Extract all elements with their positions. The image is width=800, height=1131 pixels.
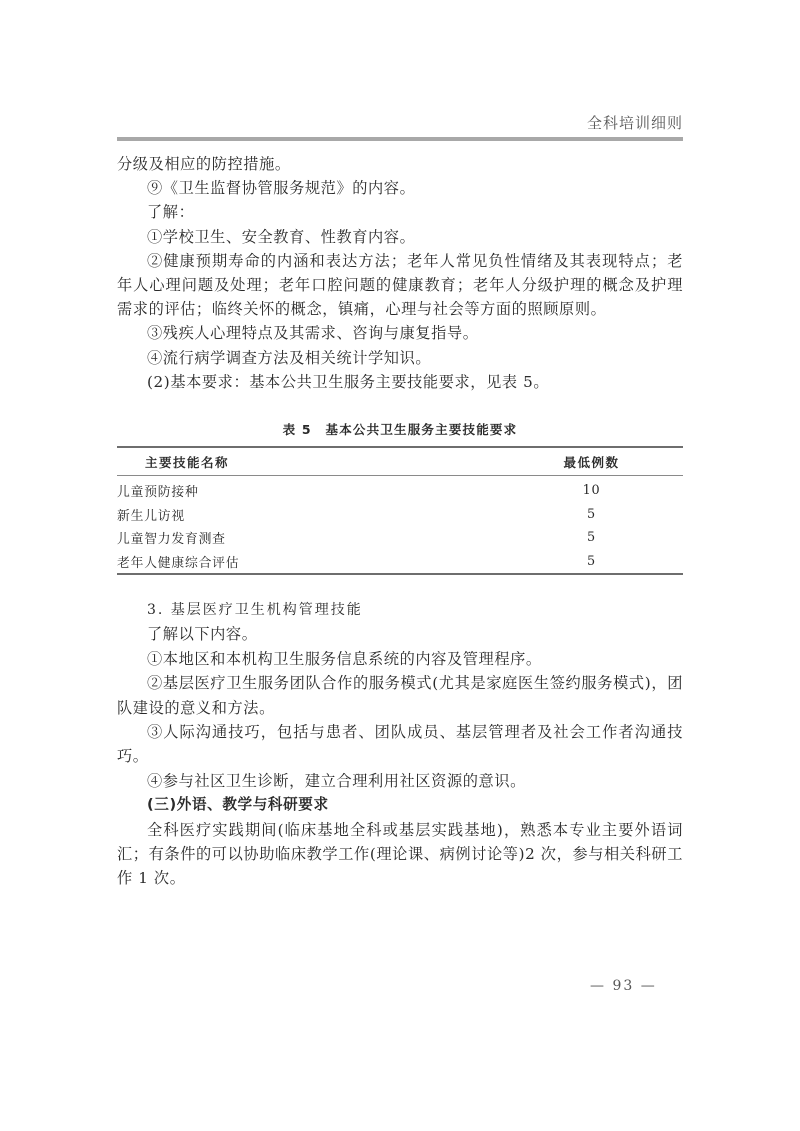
paragraph: 全科医疗实践期间(临床基地全科或基层实践基地)，熟悉本专业主要外语词汇；有条件的… bbox=[117, 818, 683, 891]
cell-skill: 儿童预防接种 bbox=[117, 476, 300, 503]
skills-table: 主要技能名称 最低例数 儿童预防接种 10 新生儿访视 5 儿童智力发育测查 5… bbox=[117, 446, 683, 575]
paragraph: (2)基本要求：基本公共卫生服务主要技能要求，见表 5。 bbox=[117, 370, 683, 394]
table-caption: 表 5 基本公共卫生服务主要技能要求 bbox=[117, 420, 683, 446]
table-row: 新生儿访视 5 bbox=[117, 503, 683, 527]
paragraph: ③残疾人心理特点及其需求、咨询与康复指导。 bbox=[117, 321, 683, 345]
table-row: 儿童智力发育测查 5 bbox=[117, 526, 683, 550]
paragraph: ②基层医疗卫生服务团队合作的服务模式(尤其是家庭医生签约服务模式)，团队建设的意… bbox=[117, 671, 683, 720]
column-header-skill: 主要技能名称 bbox=[117, 447, 300, 476]
table-5: 表 5 基本公共卫生服务主要技能要求 主要技能名称 最低例数 儿童预防接种 10… bbox=[117, 420, 683, 575]
table-row: 儿童预防接种 10 bbox=[117, 476, 683, 503]
paragraph: ①学校卫生、安全教育、性教育内容。 bbox=[117, 225, 683, 249]
section-heading: 3. 基层医疗卫生机构管理技能 bbox=[117, 598, 683, 622]
table-row: 老年人健康综合评估 5 bbox=[117, 550, 683, 575]
paragraph: ⑨《卫生监督协管服务规范》的内容。 bbox=[117, 176, 683, 200]
paragraph: ②健康预期寿命的内涵和表达方法；老年人常见负性情绪及其表现特点；老年人心理问题及… bbox=[117, 249, 683, 322]
body-text-bottom: 3. 基层医疗卫生机构管理技能 了解以下内容。 ①本地区和本机构卫生服务信息系统… bbox=[117, 598, 683, 891]
paragraph: 了解： bbox=[117, 200, 683, 224]
column-header-min-cases: 最低例数 bbox=[300, 447, 683, 476]
cell-skill: 新生儿访视 bbox=[117, 503, 300, 527]
page-number: — 93 — bbox=[590, 978, 657, 994]
paragraph: ①本地区和本机构卫生服务信息系统的内容及管理程序。 bbox=[117, 647, 683, 671]
paragraph: ④流行病学调查方法及相关统计学知识。 bbox=[117, 346, 683, 370]
body-text-top: 分级及相应的防控措施。 ⑨《卫生监督协管服务规范》的内容。 了解： ①学校卫生、… bbox=[117, 152, 683, 394]
cell-min-cases: 5 bbox=[300, 503, 683, 527]
header-rule bbox=[117, 137, 683, 141]
cell-skill: 儿童智力发育测查 bbox=[117, 526, 300, 550]
cell-skill: 老年人健康综合评估 bbox=[117, 550, 300, 575]
paragraph: 了解以下内容。 bbox=[117, 622, 683, 646]
paragraph: 分级及相应的防控措施。 bbox=[117, 152, 683, 176]
paragraph: ③人际沟通技巧，包括与患者、团队成员、基层管理者及社会工作者沟通技巧。 bbox=[117, 720, 683, 769]
cell-min-cases: 10 bbox=[300, 476, 683, 503]
cell-min-cases: 5 bbox=[300, 550, 683, 575]
running-head: 全科培训细则 bbox=[117, 112, 683, 133]
paragraph: ④参与社区卫生诊断，建立合理利用社区资源的意识。 bbox=[117, 769, 683, 793]
section-heading: (三)外语、教学与科研要求 bbox=[117, 793, 683, 817]
cell-min-cases: 5 bbox=[300, 526, 683, 550]
table-header-row: 主要技能名称 最低例数 bbox=[117, 447, 683, 476]
